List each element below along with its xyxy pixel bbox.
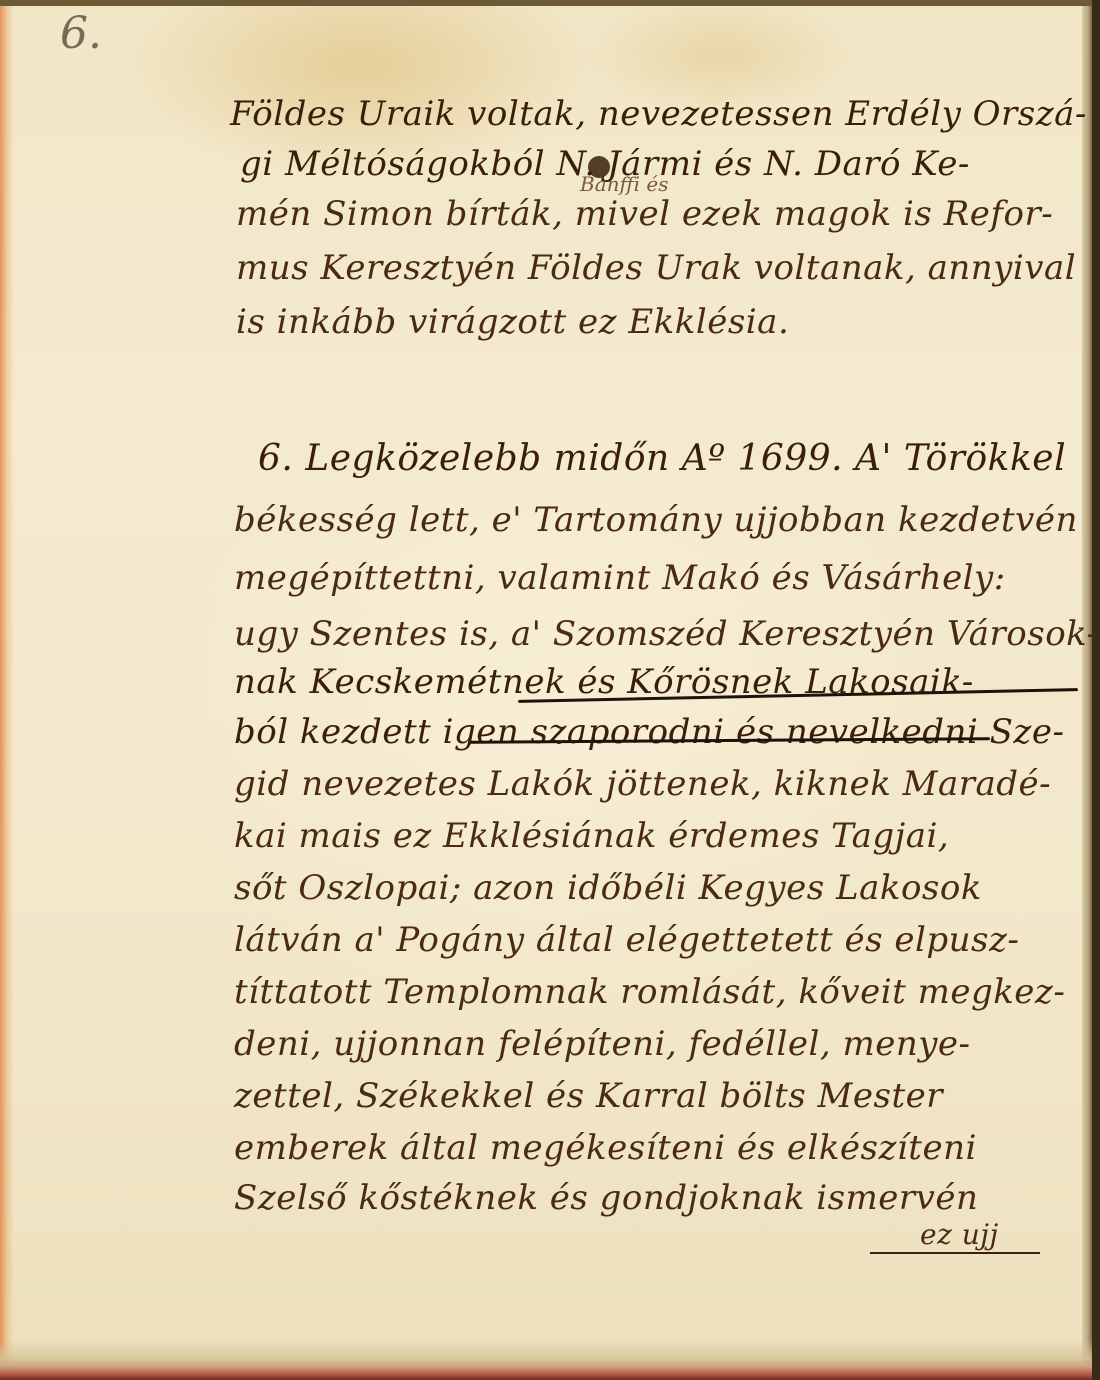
catchword-rule [870,1252,1040,1254]
text-line: deni, ujjonnan felépíteni, fedéllel, men… [234,1024,971,1064]
text-line: ugy Szentes is, a' Szomszéd Keresztyén V… [234,614,1099,654]
text-line-underlined: nak Kecskemétnek és Kőrösnek Lakosaik- [234,662,974,702]
manuscript-page: 6. Földes Uraik voltak, nevezetessen Erd… [0,0,1092,1380]
page-number: 6. [60,8,102,59]
text-line: megépíttettni, valamint Makó és Vásárhel… [234,558,1006,598]
text-line-underlined: ból kezdett igen szaporodni és nevelkedn… [234,712,1064,752]
text-line: Földes Uraik voltak, nevezetessen Erdély… [230,94,1087,134]
text-line: kai mais ez Ekklésiának érdemes Tagjai, [234,816,949,856]
text-line: mus Keresztyén Földes Urak voltanak, ann… [236,248,1076,288]
text-line: zettel, Székekkel és Karral bölts Mester [234,1076,943,1116]
catchword: ez ujj [920,1218,999,1251]
text-line: látván a' Pogány által elégettetett és e… [234,920,1019,960]
torn-bottom-edge [0,1340,1092,1380]
text-line: 6. Legközelebb midőn Aº 1699. A' Törökke… [258,438,1066,479]
left-edge-stain [0,6,14,1380]
binding-edge [1082,6,1092,1380]
text-line: mén Simon bírták, mivel ezek magok is Re… [236,194,1053,234]
text-line: títtatott Templomnak romlását, kőveit me… [234,972,1065,1012]
text-line: gid nevezetes Lakók jöttenek, kiknek Mar… [234,764,1051,804]
text-line: Szelső kőstéknek és gondjoknak ismervén [234,1178,978,1218]
text-line: emberek által megékesíteni és elkészíten… [234,1128,977,1168]
text-line: is inkább virágzott ez Ekklésia. [236,302,789,342]
text-line: békesség lett, e' Tartomány ujjobban kez… [234,500,1078,540]
ink-blot [588,156,610,178]
text-line: sőt Oszlopai; azon időbéli Kegyes Lakoso… [234,868,982,908]
